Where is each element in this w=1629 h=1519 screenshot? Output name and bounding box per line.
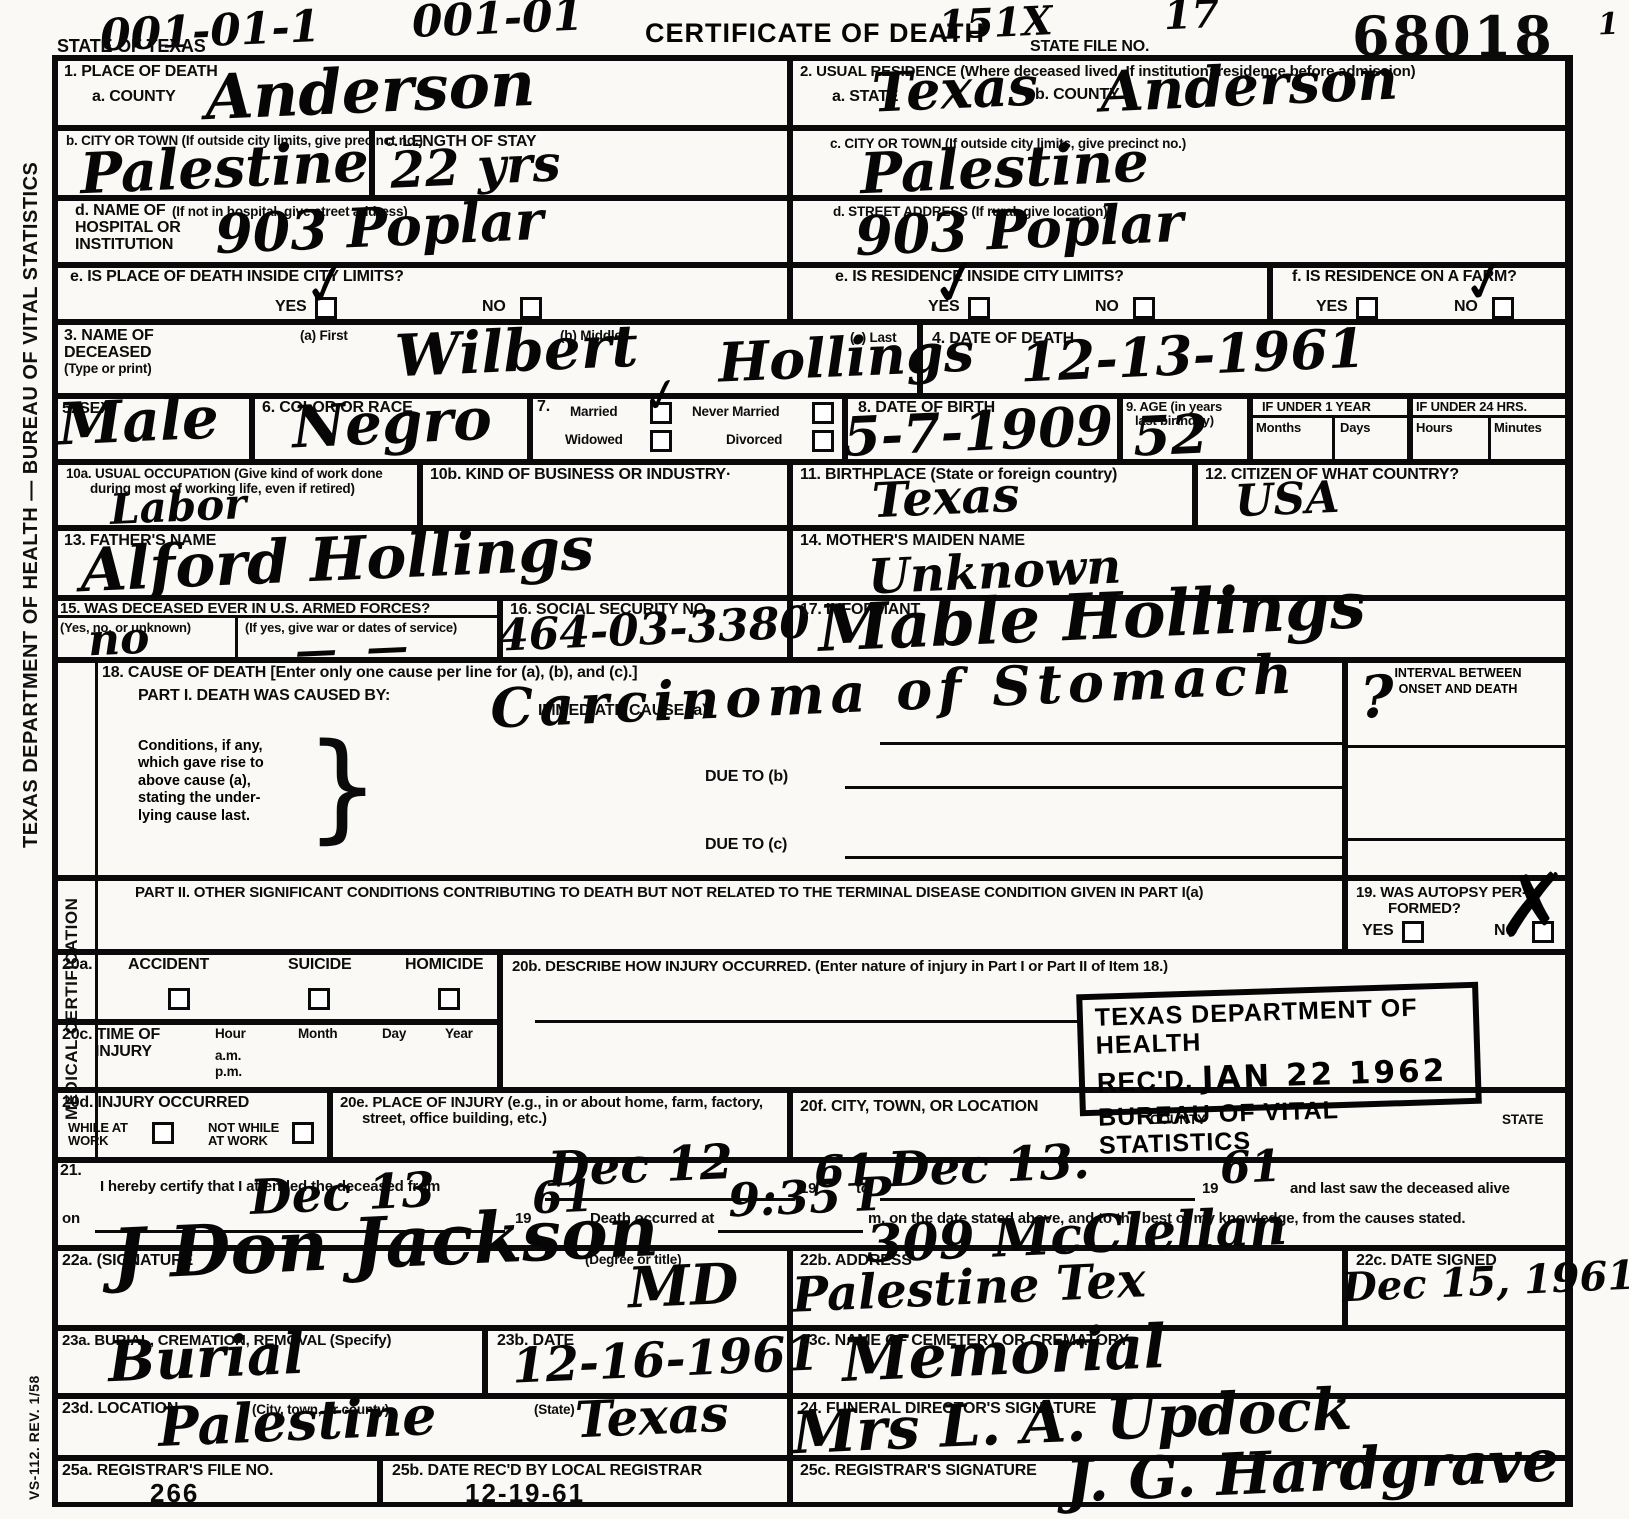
autopsy-label-2: FORMED? [1388,900,1461,918]
stamp-date: JAN 22 1962 [1201,1053,1447,1097]
age-value: 52 [1132,406,1209,463]
conditions-brace: } [305,730,380,842]
ssn-value: 464-03-3380 [497,601,811,659]
degree-value: MD [627,1256,740,1317]
days-label: Days [1340,420,1370,435]
birthplace-value: Texas [871,471,1020,525]
suicide-label: SUICIDE [288,956,352,975]
while-at-work-checkbox [152,1122,174,1144]
armed-forces-sub-divider [235,616,238,660]
due-to-b-label: DUE TO (b) [705,768,788,787]
armed-forces-value: no [87,617,150,664]
describe-injury-line [535,1020,1080,1023]
industry-label: 10b. KIND OF BUSINESS OR INDUSTRY· [430,466,731,485]
city-value: Palestine [79,134,370,203]
certify-on-word: on [62,1210,80,1228]
months-days-divider [1332,416,1335,462]
page-title: CERTIFICATE OF DEATH [645,18,985,49]
widowed-checkbox [650,430,672,452]
if-under-24-label: IF UNDER 24 HRS. [1416,399,1527,414]
while-at-work-label-2: WORK [68,1133,108,1148]
death-limits-yes-label: YES [275,298,306,317]
not-while-label-2: AT WORK [208,1133,268,1148]
interval-value: ? [1359,667,1395,726]
margin-form-number: VS-112. REV. 1/58 [26,1375,42,1500]
never-married-checkbox [812,402,834,424]
widowed-label: Widowed [565,432,623,448]
interval-label-2: ONSET AND DEATH [1399,682,1518,696]
first-name-label: (a) First [300,328,348,344]
margin-department-label: TEXAS DEPARTMENT OF HEALTH — BUREAU OF V… [20,162,43,848]
burial-date-value: 12-16-1961 [511,1329,820,1390]
homicide-label: HOMICIDE [405,956,483,975]
length-of-stay-value: 22 yrs [389,138,562,195]
not-while-checkbox [292,1122,314,1144]
interval-line-2 [1345,838,1568,841]
race-value: Negro [291,390,493,457]
if-under-1-year-label: IF UNDER 1 YEAR [1262,399,1371,414]
due-to-c-label: DUE TO (c) [705,836,787,855]
hospital-value: 903 Poplar [214,193,544,261]
occupation-value: Labor [109,483,247,531]
date-signed-value: Dec 15, 1961 [1341,1256,1629,1309]
part1-label: PART I. DEATH WAS CAUSED BY: [138,687,390,706]
address-line-2: Palestine Tex [791,1256,1146,1319]
conditions-note: Conditions, if any, which gave rise to a… [138,738,264,825]
hours-label: Hours [1416,420,1453,435]
accident-checkbox [168,988,190,1010]
injury-20a-number: 20a. [62,956,92,975]
place-of-death-title: 1. PLACE OF DEATH [64,63,218,82]
day-label: Day [382,1026,406,1042]
month-label: Month [298,1026,337,1042]
residence-county-value: Anderson [1099,52,1399,121]
suicide-checkbox [308,988,330,1010]
burial-type-value: Burial [107,1326,306,1391]
hour-label: Hour [215,1026,246,1042]
year-prefix-2: 19 [1202,1180,1218,1198]
registrar-file-value: 266 [150,1478,199,1509]
registrar-signature-label: 25c. REGISTRAR'S SIGNATURE [800,1462,1037,1481]
hospital-label-3: INSTITUTION [75,236,173,255]
place-of-injury-label-2: street, office building, etc.) [362,1110,547,1128]
stamp-line-2: REC'D. JAN 22 1962 [1096,1052,1463,1101]
attended-to-value: Dec 13. [887,1138,1091,1195]
street-address-value: 903 Poplar [854,195,1184,263]
certify-number: 21. [60,1162,82,1181]
months-label: Months [1256,420,1301,435]
residence-city-value: Palestine [859,134,1150,203]
minutes-label: Minutes [1494,420,1542,435]
certify-line-1b [880,1198,1195,1201]
married-label: Married [570,404,617,420]
received-stamp: TEXAS DEPARTMENT OF HEALTH REC'D. JAN 22… [1076,982,1482,1117]
date-received-value: 12-19-61 [465,1478,585,1509]
name-label-3: (Type or print) [64,361,152,377]
certify-text-2: and last saw the deceased alive [1290,1180,1510,1198]
homicide-checkbox [438,988,460,1010]
sex-value: Male [57,389,220,454]
interval-line-1 [1345,745,1568,748]
death-certificate-scan: 001-01-1 001-01 STATE OF TEXAS CERTIFICA… [0,0,1629,1519]
stamp-line-1: TEXAS DEPARTMENT OF HEALTH [1095,993,1463,1059]
stamp-line-3: BUREAU OF VITAL STATISTICS [1098,1093,1466,1159]
death-limits-no-label: NO [482,298,506,317]
stamp-recd-label: REC'D. [1096,1065,1193,1098]
autopsy-no-xmark: ✗ [1496,862,1570,950]
location-state-value: Texas [574,1389,730,1446]
date-of-death-value: 12-13-1961 [1019,320,1366,389]
year-value-2: 61 [1219,1145,1282,1192]
pm-label: p.m. [215,1064,242,1080]
autopsy-yes-checkbox [1402,921,1424,943]
location-state-sublabel: (State) [534,1402,575,1418]
interval-label-1: INTERVAL BETWEEN [1394,666,1521,680]
due-to-b-line [845,786,1343,789]
injury-city-label: 20f. CITY, TOWN, OR LOCATION [800,1098,1038,1117]
residence-limits-no-label: NO [1095,298,1119,317]
residence-limits-no-checkbox [1133,297,1155,319]
accident-label: ACCIDENT [128,956,209,975]
describe-injury-label: 20b. DESCRIBE HOW INJURY OCCURRED. (Ente… [512,958,1168,976]
state-column-label: STATE [1502,1112,1543,1128]
injury-occurred-label: 20d. INJURY OCCURRED [62,1094,249,1113]
first-name-value: Wilbert [394,317,639,386]
county-value: Anderson [204,53,536,129]
divorced-label: Divorced [726,432,782,448]
farm-yes-label: YES [1316,298,1347,317]
under1-divider [1250,415,1410,418]
due-to-c-line [845,856,1343,859]
part2-label: PART II. OTHER SIGNIFICANT CONDITIONS CO… [135,884,1203,902]
residence-state-value: Texas [871,58,1039,119]
marital-number: 7. [537,398,550,417]
location-city-value: Palestine [157,1388,438,1454]
never-married-label: Never Married [692,404,779,420]
time-of-injury-label-2: INJURY [95,1043,152,1062]
am-label: a.m. [215,1048,241,1064]
hours-minutes-divider [1488,416,1491,462]
citizen-value: USA [1234,476,1340,525]
cemetery-value: Memorial [841,1317,1167,1391]
certify-line-2b [718,1230,863,1233]
cause-a-line [880,742,1343,745]
date-of-birth-value: 5-7-1909 [842,398,1114,464]
divorced-checkbox [812,430,834,452]
corner-mark: 1 [1597,10,1619,41]
county-label: a. COUNTY [92,88,176,107]
autopsy-yes-label: YES [1362,922,1393,941]
year-label: Year [445,1026,473,1042]
death-city-limits-label: e. IS PLACE OF DEATH INSIDE CITY LIMITS? [70,268,404,287]
